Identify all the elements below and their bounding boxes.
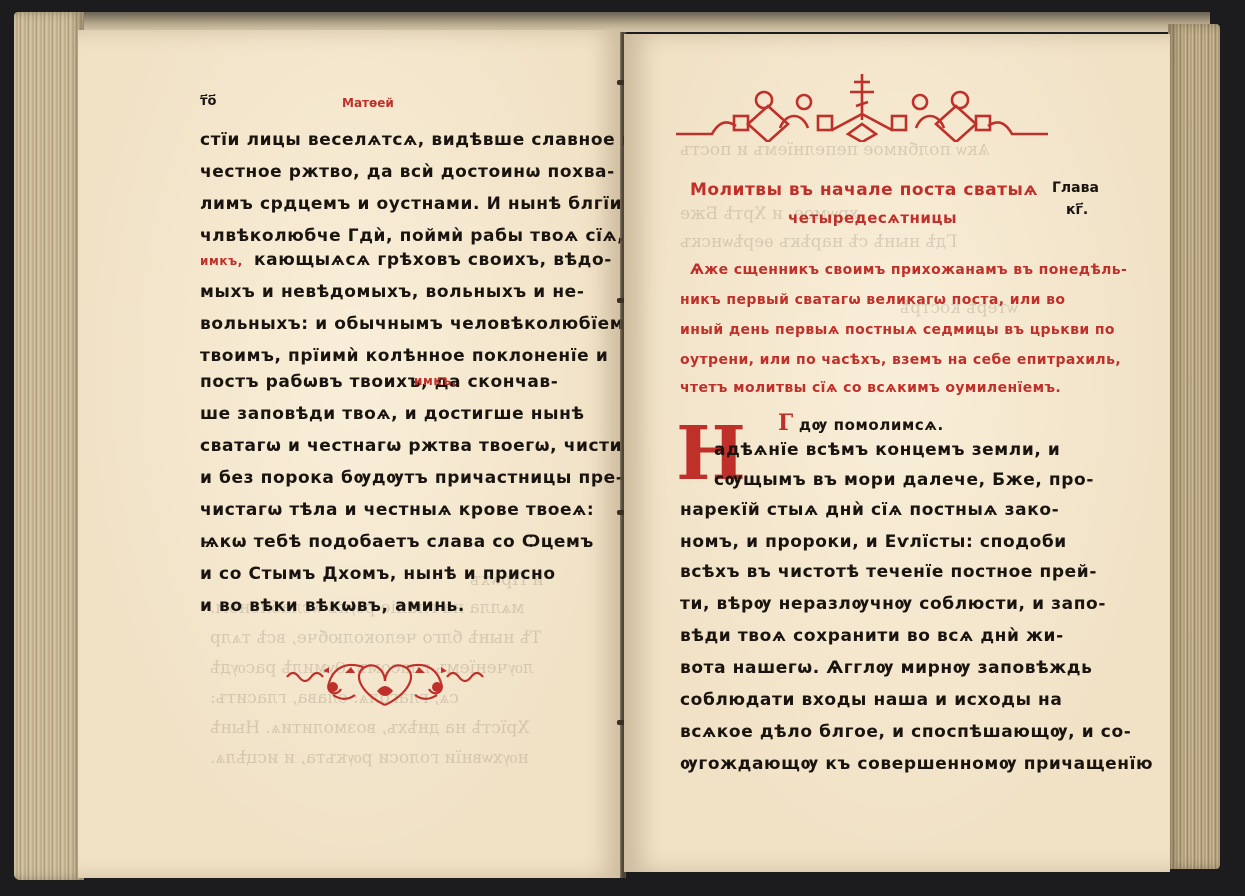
right-page-edges: [1168, 24, 1220, 869]
text-line: сватагѡ и честнагѡ ржтва твоегѡ, чисти: [200, 436, 622, 456]
text-line: всѧкое дѣло блгое, и споспѣшающѹ, и со-: [680, 722, 1131, 742]
text-line: ѹгождающѹ къ совершенномѹ причащенїю: [680, 754, 1153, 774]
text-line: соблюдати входы наша и исходы на: [680, 690, 1062, 710]
rubric: имкъ,: [414, 374, 457, 388]
text-line: лимъ срдцемъ и оустнами. И нынѣ блгїи: [200, 194, 622, 214]
prayer-heading-text: дѹ помолимсѧ.: [799, 416, 944, 434]
text-line: постъ рабѡвъ твоихъ, да скончав-: [200, 372, 558, 392]
prayer-heading: Г дѹ помолимсѧ.: [778, 410, 944, 436]
show-through-text: Гдѣ нынѣ сѣ нарѣкъ ѳерѣѡнскъ: [680, 232, 958, 252]
text-line: честное ржтво, да всѝ достоинѡ похва-: [200, 162, 615, 182]
text-line: и со Стымъ Дхомъ, нынѣ и присно: [200, 564, 556, 584]
rubric-line: иный день первыѧ постныѧ седмицы въ црьк…: [680, 322, 1115, 338]
text-line: ѩкѡ тебѣ подобаетъ слава со Ѻцемъ: [200, 532, 594, 552]
text-line: члвѣколюбче Гдѝ, поймѝ рабы твоѧ сїѧ,: [200, 226, 624, 246]
text-line-with-rubric: имкъ, кающыѧсѧ грѣховъ своихъ, вѣдо-: [200, 250, 612, 270]
show-through-text: Ѧкѡ полбимое пепелнїемъ и постъ: [680, 140, 990, 160]
chapter-title-line: четыредесѧтницы: [788, 209, 957, 227]
text-line: вольныхъ: и обычнымъ человѣколюбїемъ: [200, 314, 638, 334]
drop-cap-initial: Н: [676, 420, 710, 488]
text-line: вота нашегѡ. Ѧгглѹ мирнѹ заповѣждь: [680, 658, 1092, 678]
text-line: стїи лицы веселѧтсѧ, видѣвше славное и: [200, 130, 634, 150]
text-line: кающыѧсѧ грѣховъ своихъ, вѣдо-: [254, 250, 612, 270]
text-line-with-rubric: постъ рабѡвъ твоихъ, да скончав-: [200, 372, 558, 392]
text-line: ти, вѣрѹ неразлѹчнѹ соблюсти, и запо-: [680, 594, 1106, 614]
page-number: т҃о҃: [200, 94, 216, 109]
rubric: имкъ,: [200, 254, 243, 268]
rubric-line: Ѧже сщенникъ своимъ прихожанамъ въ понед…: [690, 262, 1127, 278]
text-line: и без порока бѹдѹтъ причастницы пре-: [200, 468, 623, 488]
text-line: мыхъ и невѣдомыхъ, вольныхъ и не-: [200, 282, 584, 302]
interlace-headpiece-ornament: [672, 72, 1052, 142]
open-book: и Прѡхъ мѧлла на гланiе рѹкъ ѡслабленом.…: [0, 0, 1245, 896]
text-line: всѣхъ въ чистотѣ теченїе постное прей-: [680, 562, 1097, 582]
rubric-line: чтетъ молитвы сїѧ со всѧкимъ оумиленїемъ…: [680, 380, 1061, 396]
chapter-number: кг҃.: [1066, 202, 1088, 218]
book-top-edge: [30, 12, 1210, 32]
text-line: вѣди твоѧ сохранити во всѧ днѝ жи-: [680, 626, 1064, 646]
text-line: нарекїй стыѧ днѝ сїѧ постныѧ зако-: [680, 500, 1059, 520]
text-line: сѹщымъ въ мори далече, Бже, про-: [714, 470, 1094, 490]
text-line: адѣѧнїе всѣмъ концемъ земли, и: [714, 440, 1060, 460]
text-line: ше заповѣди твоѧ, и достигше нынѣ: [200, 404, 585, 424]
red-initial: Г: [778, 410, 794, 436]
rubric-line: оутрени, или по часѣхъ, вземъ на себе еп…: [680, 352, 1121, 368]
show-through-text: нѹхѡвнїи голоси рѹкъта, и исцѣлѧ.: [210, 748, 529, 768]
show-through-text: Тѣ нынѣ блго челоколюбче, всѣ тѧлр: [210, 628, 541, 648]
text-line: номъ, и пророки, и Еѵлїсты: сподоби: [680, 532, 1067, 552]
running-title: Матѳей: [342, 96, 394, 110]
text-line: чистагѡ тѣла и честныѧ крове твоеѧ:: [200, 500, 594, 520]
rubric-line: никъ первый сватагѡ великагѡ поста, или …: [680, 292, 1065, 308]
show-through-text: Хрїстѣ на днѣхъ, возмолитиѧ. Нынѣ: [210, 718, 529, 738]
left-page-edges: [14, 12, 84, 880]
floral-tailpiece-ornament: [285, 655, 485, 715]
text-line: и во вѣки вѣкѡвъ, аминь.: [200, 596, 465, 616]
chapter-label: Глава: [1052, 180, 1099, 196]
chapter-title-line: Молитвы въ начале поста сватыѧ: [690, 180, 1038, 200]
text-line: твоимъ, прїимѝ колѣнное поклоненїе и: [200, 346, 608, 366]
